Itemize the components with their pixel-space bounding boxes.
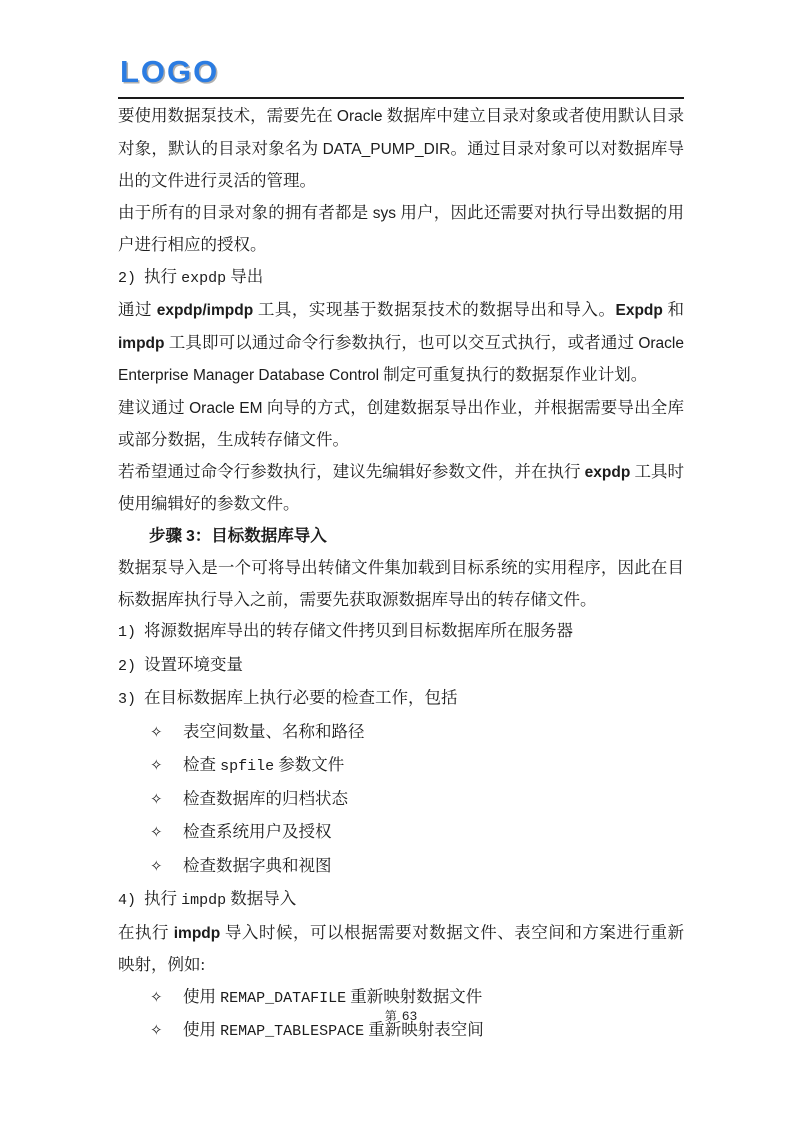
diamond-bullet-icon: ✧: [150, 818, 183, 850]
text-segment: impdp: [118, 335, 165, 352]
text-segment: 重新映射数据文件: [346, 987, 482, 1006]
list-number: 1): [118, 617, 144, 649]
logo: LOGO: [120, 56, 219, 87]
page-number: 63: [402, 1009, 418, 1024]
text-segment: 参数文件: [274, 755, 344, 774]
bullet-list-item: ✧检查数据字典和视图: [118, 850, 684, 884]
text-segment: expdp/impdp: [157, 302, 253, 319]
diamond-bullet-icon: ✧: [150, 852, 183, 884]
bullet-list-item: ✧表空间数量、名称和路径: [118, 716, 684, 750]
paragraph: 要使用数据泵技术，需要先在 Oracle 数据库中建立目录对象或者使用默认目录对…: [118, 100, 684, 197]
page-footer: 第63: [118, 1006, 684, 1027]
bullet-list-item: ✧检查系统用户及授权: [118, 816, 684, 850]
numbered-list-item: 2)设置环境变量: [118, 649, 684, 683]
text-segment: ：目标数据库导入: [195, 526, 327, 545]
text-segment: 使用: [183, 987, 220, 1006]
text-segment: 执行: [144, 267, 181, 286]
text-segment: 检查: [183, 755, 220, 774]
document-body: 要使用数据泵技术，需要先在 Oracle 数据库中建立目录对象或者使用默认目录对…: [118, 100, 684, 1048]
text-segment: 表空间数量、名称和路径: [183, 722, 365, 741]
text-segment: DATA_PUMP_DIR: [323, 141, 451, 158]
document-page: LOGO 要使用数据泵技术，需要先在 Oracle 数据库中建立目录对象或者使用…: [0, 0, 800, 1132]
paragraph: 若希望通过命令行参数执行，建议先编辑好参数文件，并在执行 expdp 工具时使用…: [118, 456, 684, 520]
text-segment: 检查数据库的归档状态: [183, 789, 348, 808]
footer-page-label: 第: [385, 1009, 397, 1023]
paragraph: 在执行 impdp 导入时候，可以根据需要对数据文件、表空间和方案进行重新映射，…: [118, 917, 684, 981]
paragraph: 通过 expdp/impdp 工具，实现基于数据泵技术的数据导出和导入。Expd…: [118, 294, 684, 392]
text-segment: Expdp: [615, 302, 662, 319]
text-segment: Oracle EM: [189, 400, 262, 417]
text-segment: impdp: [181, 892, 226, 909]
text-segment: 通过: [118, 300, 157, 319]
numbered-list-item: 4)执行 impdp 数据导入: [118, 883, 684, 917]
text-segment: 数据泵导入是一个可将导出转储文件集加载到目标系统的实用程序，因此在目标数据库执行…: [118, 558, 684, 609]
text-segment: spfile: [220, 758, 274, 775]
text-segment: REMAP_DATAFILE: [220, 990, 346, 1007]
paragraph: 由于所有的目录对象的拥有者都是 sys 用户，因此还需要对执行导出数据的用户进行…: [118, 197, 684, 261]
section-heading: 步骤 3：目标数据库导入: [118, 520, 684, 553]
list-number: 2): [118, 651, 144, 683]
text-segment: 检查数据字典和视图: [183, 856, 332, 875]
text-segment: 若希望通过命令行参数执行，建议先编辑好参数文件，并在执行: [118, 462, 585, 481]
text-segment: 建议通过: [118, 398, 189, 417]
text-segment: 工具，实现基于数据泵技术的数据导出和导入。: [253, 300, 615, 319]
text-segment: 步骤: [149, 526, 186, 545]
text-segment: 检查系统用户及授权: [183, 822, 332, 841]
text-segment: 执行: [144, 889, 181, 908]
text-segment: 3: [186, 528, 195, 545]
numbered-list-item: 1)将源数据库导出的转存储文件拷贝到目标数据库所在服务器: [118, 615, 684, 649]
text-segment: 数据导入: [226, 889, 296, 908]
list-number: 3): [118, 684, 144, 716]
text-segment: 导出: [226, 267, 263, 286]
text-segment: Oracle: [337, 108, 383, 125]
bullet-list-item: ✧检查 spfile 参数文件: [118, 749, 684, 783]
diamond-bullet-icon: ✧: [150, 785, 183, 817]
text-segment: impdp: [174, 925, 221, 942]
text-segment: 由于所有的目录对象的拥有者都是: [118, 203, 373, 222]
text-segment: 制定可重复执行的数据泵作业计划。: [379, 365, 647, 384]
text-segment: 和: [663, 300, 684, 319]
paragraph: 数据泵导入是一个可将导出转储文件集加载到目标系统的实用程序，因此在目标数据库执行…: [118, 552, 684, 615]
text-segment: sys: [373, 205, 396, 222]
text-segment: 要使用数据泵技术，需要先在: [118, 106, 337, 125]
list-number: 2): [118, 263, 144, 295]
diamond-bullet-icon: ✧: [150, 718, 183, 750]
numbered-list-item: 2)执行 expdp 导出: [118, 261, 684, 295]
header-divider: [118, 97, 684, 99]
bullet-list-item: ✧检查数据库的归档状态: [118, 783, 684, 817]
text-segment: 工具即可以通过命令行参数执行，也可以交互式执行，或者通过: [165, 333, 639, 352]
text-segment: 在执行: [118, 923, 174, 942]
text-segment: expdp: [585, 464, 631, 481]
diamond-bullet-icon: ✧: [150, 751, 183, 783]
text-segment: 设置环境变量: [144, 655, 243, 674]
numbered-list-item: 3)在目标数据库上执行必要的检查工作，包括: [118, 682, 684, 716]
text-segment: expdp: [181, 270, 226, 287]
text-segment: 在目标数据库上执行必要的检查工作，包括: [144, 688, 458, 707]
list-number: 4): [118, 885, 144, 917]
paragraph: 建议通过 Oracle EM 向导的方式，创建数据泵导出作业，并根据需要导出全库…: [118, 392, 684, 456]
text-segment: 将源数据库导出的转存储文件拷贝到目标数据库所在服务器: [144, 621, 573, 640]
